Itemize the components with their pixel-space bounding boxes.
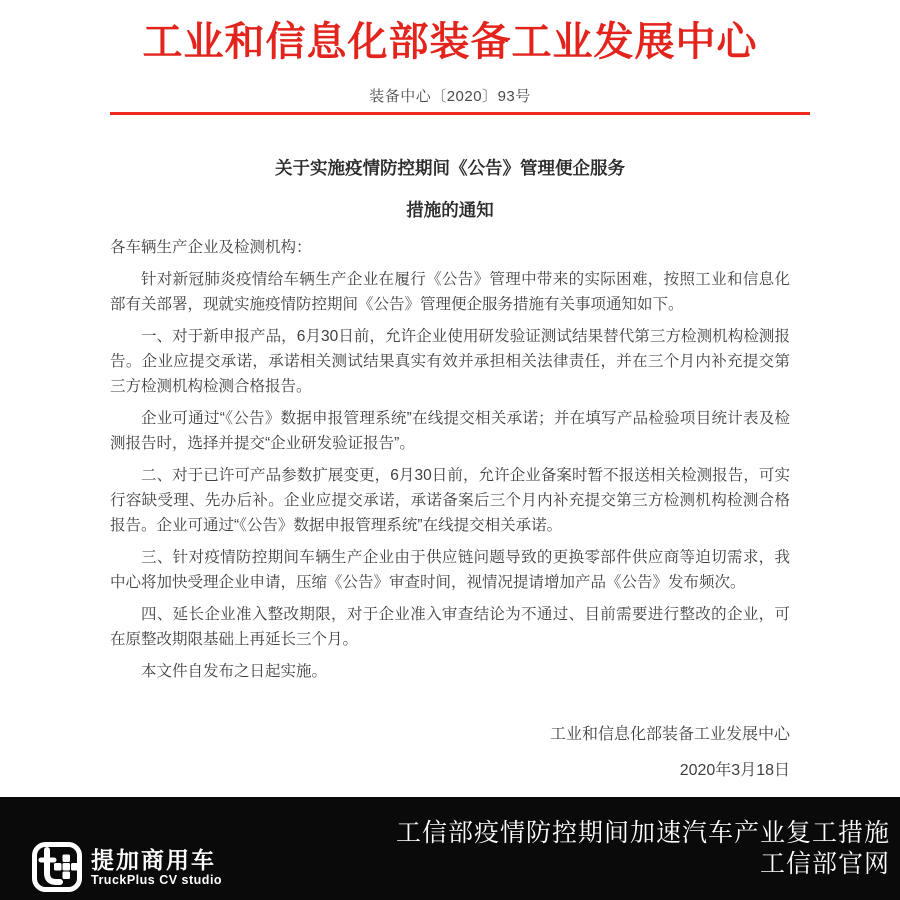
truckplus-logo-icon <box>32 842 82 892</box>
letterhead-org-title: 工业和信息化部装备工业发展中心 <box>0 0 900 64</box>
paragraph-intro: 针对新冠肺炎疫情给车辆生产企业在履行《公告》管理中带来的实际困难，按照工业和信息… <box>110 267 790 317</box>
doc-title: 关于实施疫情防控期间《公告》管理便企服务 措施的通知 <box>110 147 790 231</box>
signature-date: 2020年3月18日 <box>110 758 790 783</box>
paragraph-item-4: 四、延长企业准入整改期限，对于企业准入审查结论为不通过、目前需要进行整改的企业，… <box>110 602 790 652</box>
doc-number: 装备中心〔2020〕93号 <box>0 88 900 106</box>
footer-bar: 提加商用车 TruckPlus CV studio 工信部疫情防控期间加速汽车产… <box>0 797 900 900</box>
document-page: 工业和信息化部装备工业发展中心 装备中心〔2020〕93号 关于实施疫情防控期间… <box>0 0 900 900</box>
brand-name: 提加商用车 <box>91 847 222 873</box>
brand-text: 提加商用车 TruckPlus CV studio <box>91 847 222 888</box>
footer-caption: 工信部疫情防控期间加速汽车产业复工措施 工信部官网 <box>396 818 890 880</box>
document-body: 关于实施疫情防控期间《公告》管理便企服务 措施的通知 各车辆生产企业及检测机构：… <box>110 147 790 783</box>
footer-caption-source: 工信部官网 <box>396 849 890 880</box>
signature-org: 工业和信息化部装备工业发展中心 <box>110 722 790 747</box>
salutation: 各车辆生产企业及检测机构： <box>110 235 790 260</box>
truckplus-brand: 提加商用车 TruckPlus CV studio <box>32 842 222 892</box>
footer-caption-title: 工信部疫情防控期间加速汽车产业复工措施 <box>396 818 890 849</box>
paragraph-effective: 本文件自发布之日起实施。 <box>110 659 790 684</box>
doc-title-line1: 关于实施疫情防控期间《公告》管理便企服务 <box>275 158 625 178</box>
brand-subtitle: TruckPlus CV studio <box>91 873 222 888</box>
paragraph-item-1: 一、对于新申报产品，6月30日前，允许企业使用研发验证测试结果替代第三方检测机构… <box>110 324 790 399</box>
red-divider-line <box>110 112 810 115</box>
paragraph-item-2: 二、对于已许可产品参数扩展变更，6月30日前，允许企业备案时暂不报送相关检测报告… <box>110 463 790 538</box>
doc-title-line2: 措施的通知 <box>406 200 494 220</box>
paragraph-item-1-note: 企业可通过“《公告》数据申报管理系统”在线提交相关承诺；并在填写产品检验项目统计… <box>110 406 790 456</box>
paragraph-item-3: 三、针对疫情防控期间车辆生产企业由于供应链问题导致的更换零部件供应商等迫切需求，… <box>110 545 790 595</box>
